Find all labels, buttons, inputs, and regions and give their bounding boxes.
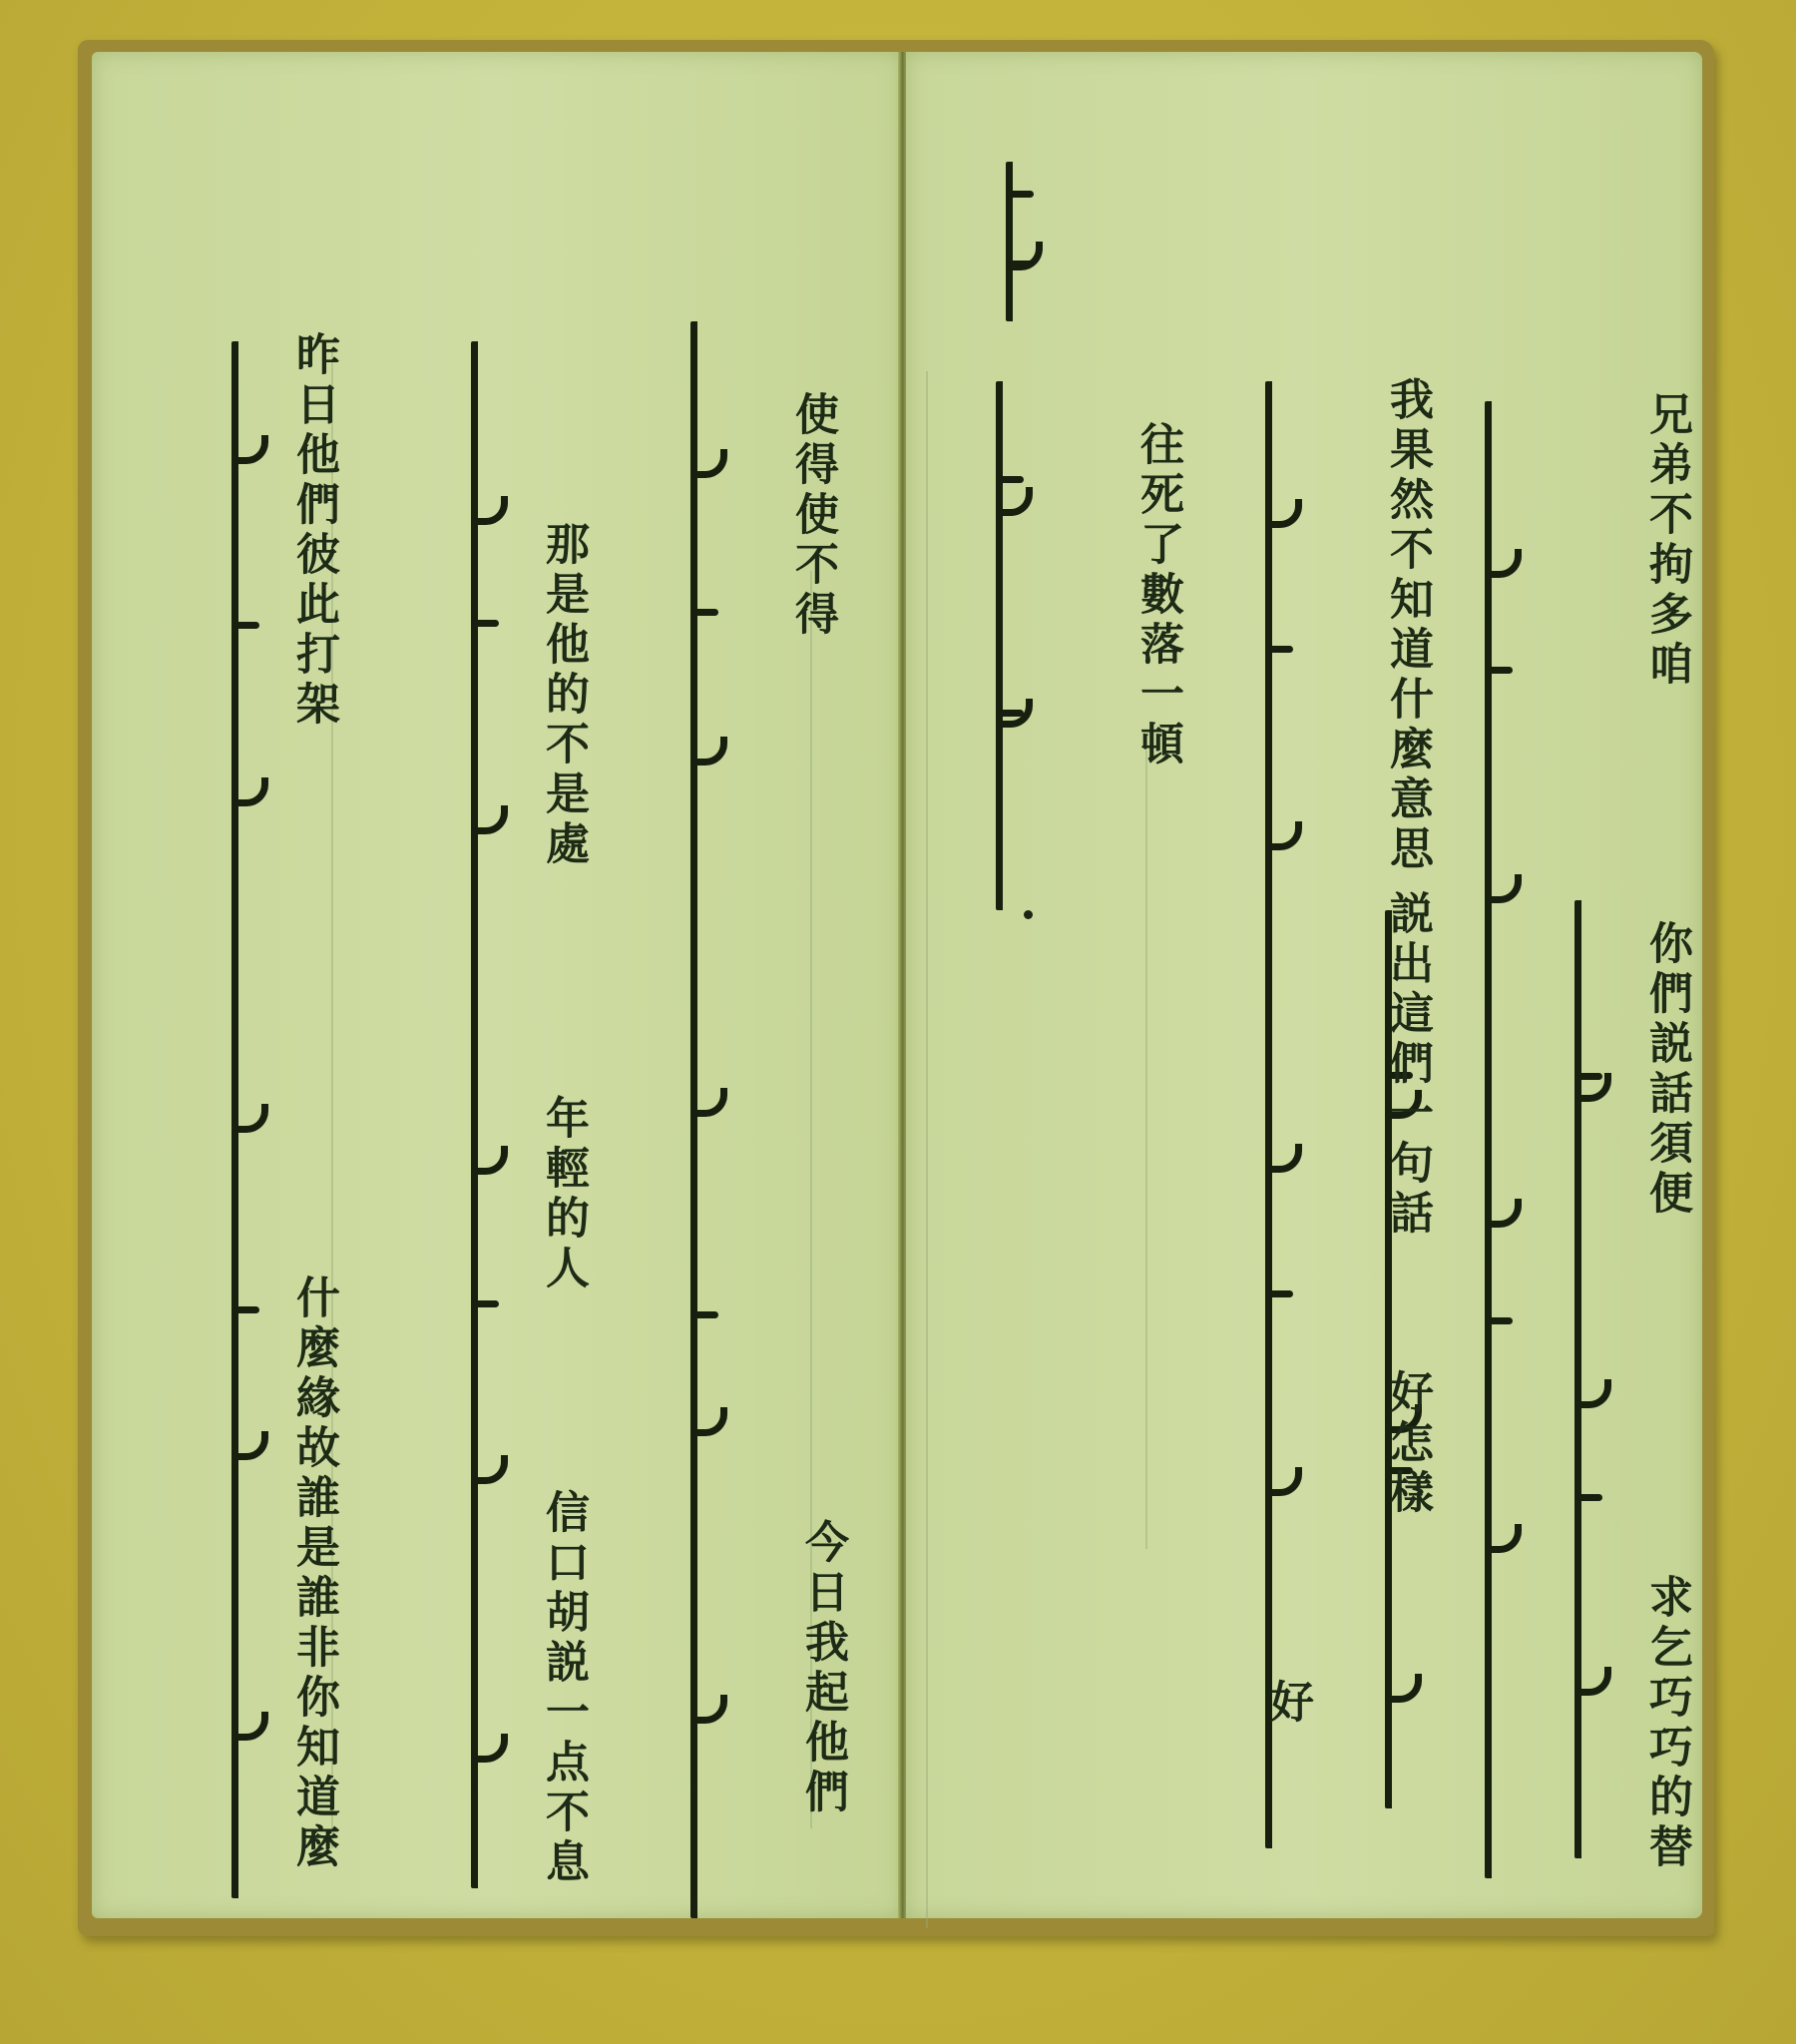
- manchu-script-column: [1574, 900, 1641, 1858]
- chinese-gloss: 今日我起他們: [800, 1519, 844, 1818]
- chinese-gloss: 昨日他們彼此打架: [291, 331, 335, 731]
- chinese-gloss: 信口胡説一点不息: [541, 1489, 585, 1888]
- chinese-gloss: 兄弟不拘多咱: [1644, 391, 1688, 691]
- chinese-gloss: 求乞巧巧的替: [1644, 1574, 1688, 1873]
- chinese-gloss: 什麼緣故誰是誰非你知道麼: [291, 1275, 335, 1873]
- ruling-line: [926, 371, 928, 1928]
- manchu-script-column: [471, 341, 538, 1888]
- left-page: 昨日他們彼此打架 什麼緣故誰是誰非你知道麼 那是他的不是處 年輕的人 信口胡説一…: [92, 52, 902, 1918]
- chinese-gloss: 説出這們一句話: [1385, 890, 1429, 1240]
- chinese-gloss: 我果然不知道什麼意思: [1385, 376, 1429, 875]
- manchu-script-column: [1265, 381, 1332, 1848]
- manchu-script-column: [996, 381, 1063, 910]
- chinese-gloss: 往死了數落一頓: [1135, 421, 1179, 770]
- right-page: 往死了數落一頓 我果然不知道什麼意思 説出這們一句話 好怎樣 好 兄弟不拘多咱 …: [906, 52, 1702, 1918]
- chinese-gloss: 那是他的不是處: [541, 521, 585, 870]
- chinese-gloss: 年輕的人: [541, 1095, 585, 1294]
- manchu-script-column: [690, 321, 757, 1918]
- chinese-gloss: 使得使不得: [790, 391, 834, 641]
- manchu-script-column: [1006, 162, 1073, 321]
- manchu-script-column: [1485, 401, 1552, 1878]
- chinese-gloss: 好: [1265, 1679, 1309, 1729]
- manuscript-book: 昨日他們彼此打架 什麼緣故誰是誰非你知道麼 那是他的不是處 年輕的人 信口胡説一…: [78, 40, 1714, 1936]
- chinese-gloss: 好怎樣: [1385, 1369, 1429, 1519]
- chinese-gloss: 你們説話須便: [1644, 920, 1688, 1220]
- ruling-line: [1145, 751, 1147, 1549]
- punctuation-dot: [1024, 910, 1033, 919]
